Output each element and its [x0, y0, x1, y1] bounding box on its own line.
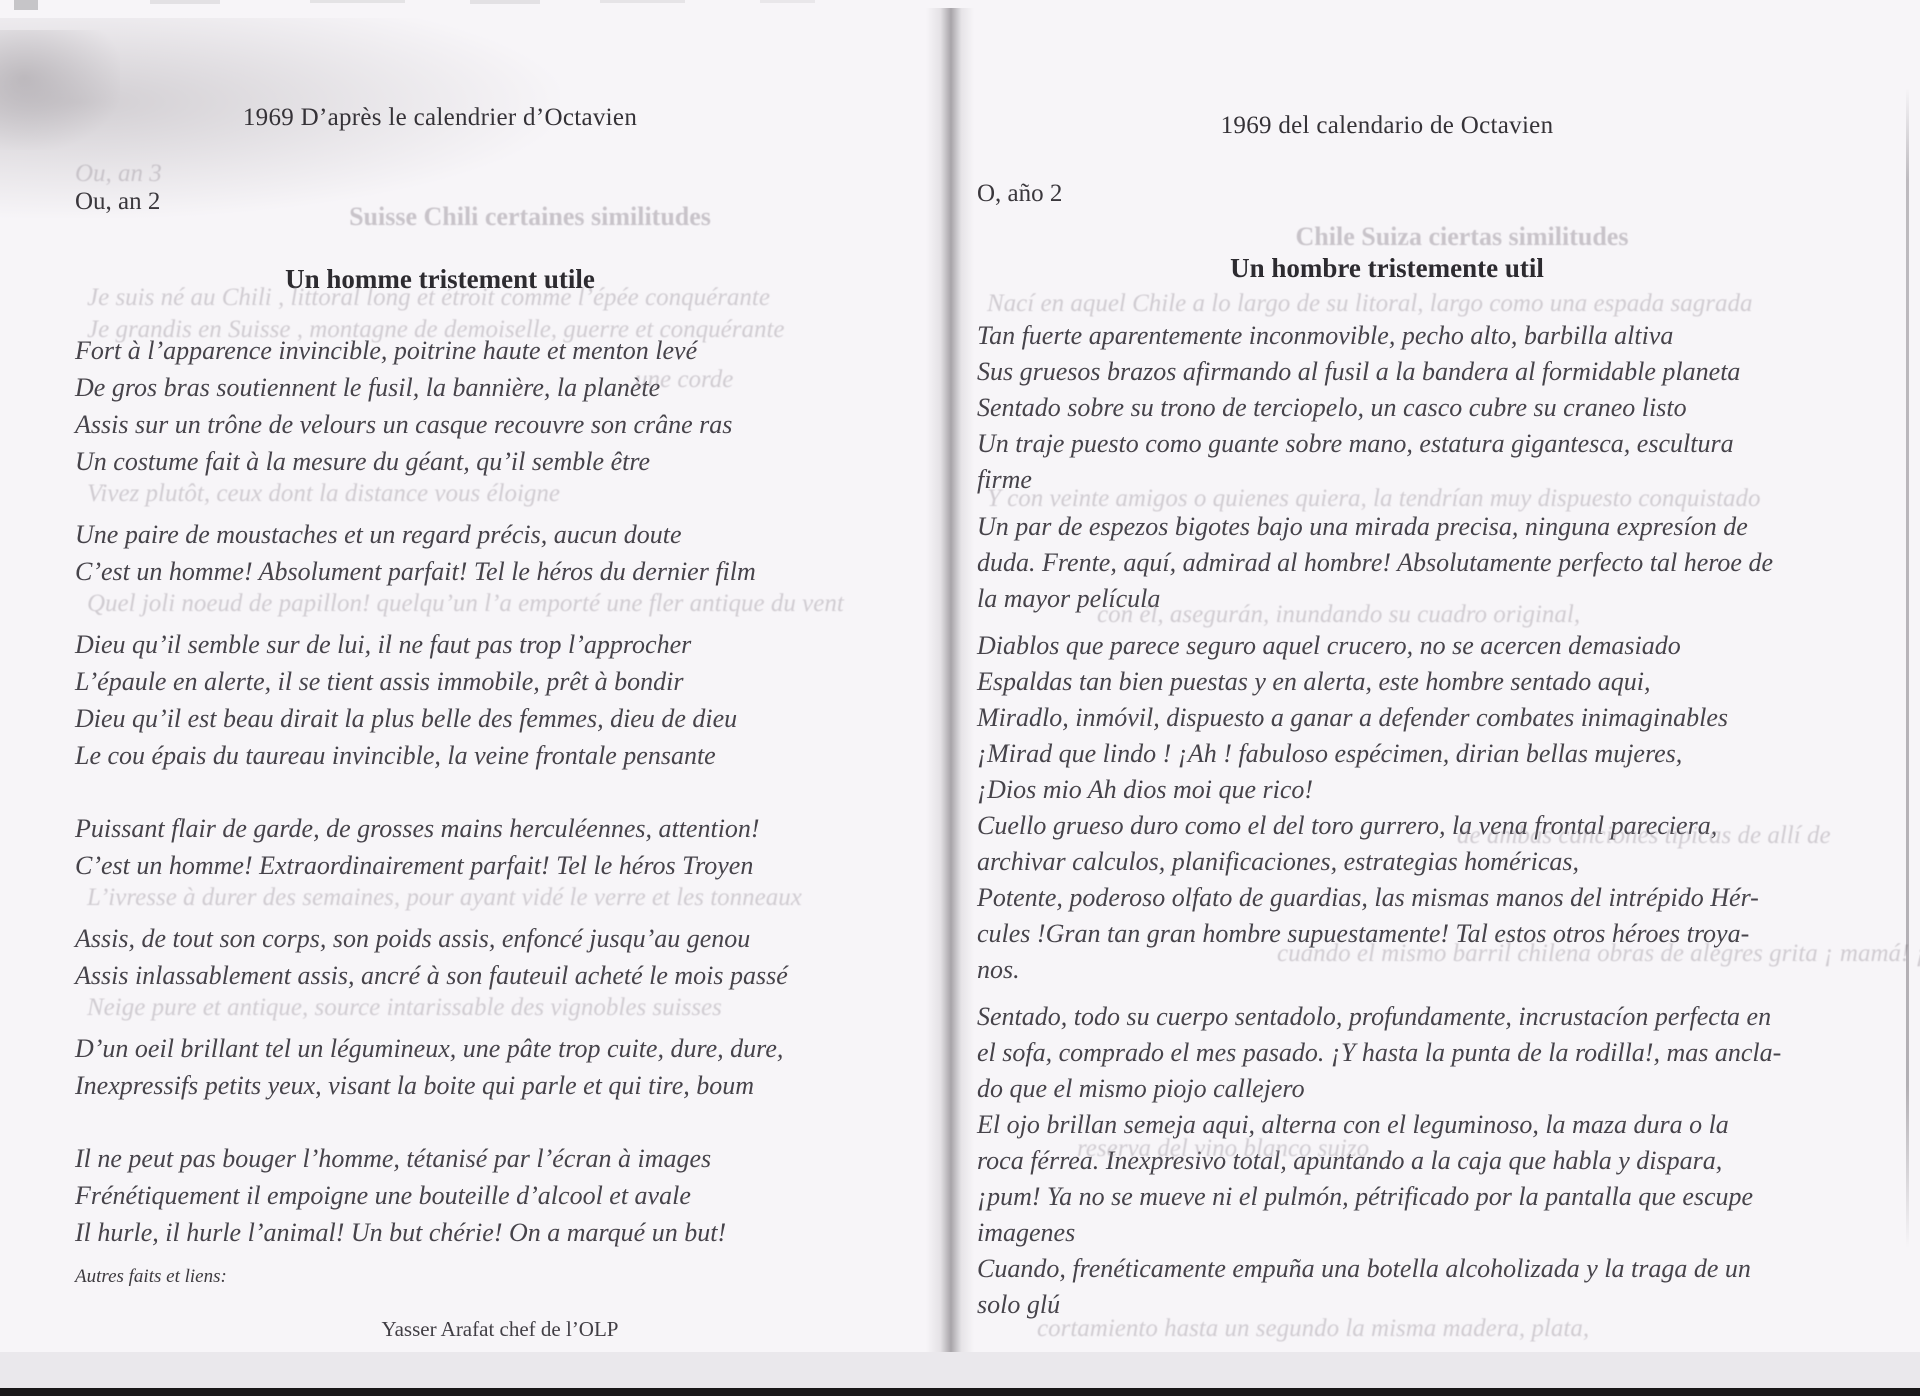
poem-line: Il hurle, il hurle l’animal! Un but chér…: [75, 1214, 895, 1251]
poem-line: Frénétiquement il empoigne une bouteille…: [75, 1177, 895, 1214]
poem-line: ¡pum! Ya no se mueve ni el pulmón, pétri…: [977, 1179, 1877, 1215]
poem-line: Dieu qu’il semble sur de lui, il ne faut…: [75, 626, 895, 663]
ghost-text-line: Ou, an 3: [75, 160, 162, 188]
poem-line: solo glú: [977, 1287, 1877, 1323]
left-attribution: Yasser Arafat chef de l’OLP: [75, 1317, 925, 1341]
poem-line: Espaldas tan bien puestas y en alerta, e…: [977, 664, 1877, 700]
poem-line: C’est un homme! Absolument parfait! Tel …: [75, 553, 895, 590]
poem-line: duda. Frente, aquí, admirad al hombre! A…: [977, 545, 1877, 581]
poem-line: la mayor película: [977, 581, 1877, 617]
scan-top-mark: [760, 0, 815, 3]
ghost-text-line: L’ivresse à durer des semaines, pour aya…: [87, 884, 802, 912]
poem-line: do que el mismo piojo callejero: [977, 1071, 1877, 1107]
poem-stanza: Une paire de moustaches et un regard pré…: [75, 516, 895, 590]
poem-line: firme: [977, 462, 1877, 498]
page-right: Chile Suiza ciertas similitudes Nací en …: [977, 112, 1877, 1323]
ghost-text-line: Neige pure et antique, source intarissab…: [87, 994, 722, 1022]
right-poem-title: Un hombre tristemente util: [977, 252, 1797, 284]
poem-stanza: Il ne peut pas bouger l’homme, tétanisé …: [75, 1140, 895, 1251]
scan-right-edge-line: [1906, 88, 1909, 1248]
poem-line: Diablos que parece seguro aquel crucero,…: [977, 628, 1877, 664]
poem-line: Dieu qu’il est beau dirait la plus belle…: [75, 700, 895, 737]
left-header-title: 1969 D’après le calendrier d’Octavien: [75, 104, 805, 132]
poem-stanza: Fort à l’apparence invincible, poitrine …: [75, 332, 895, 480]
poem-line: Cuando, frenéticamente empuña una botell…: [977, 1251, 1877, 1287]
poem-line: Sentado sobre su trono de terciopelo, un…: [977, 390, 1877, 426]
scan-bottom-bar: [0, 1388, 1920, 1396]
ghost-text-line: Vivez plutôt, ceux dont la distance vous…: [87, 480, 560, 508]
poem-line: El ojo brillan semeja aqui, alterna con …: [977, 1107, 1877, 1143]
poem-line: Le cou épais du taureau invincible, la v…: [75, 737, 895, 774]
poem-line: cules !Gran tan gran hombre supuestament…: [977, 916, 1877, 952]
poem-stanza: Un par de espezos bigotes bajo una mirad…: [977, 509, 1877, 617]
poem-line: roca férrea. Inexpresivo total, apuntand…: [977, 1143, 1877, 1179]
poem-line: Tan fuerte aparentemente inconmovible, p…: [977, 318, 1877, 354]
scan-top-mark: [14, 0, 38, 10]
poem-line: Sentado, todo su cuerpo sentadolo, profu…: [977, 999, 1877, 1035]
poem-line: nos.: [977, 952, 1877, 988]
poem-stanza: Sentado, todo su cuerpo sentadolo, profu…: [977, 999, 1877, 1323]
poem-line: imagenes: [977, 1215, 1877, 1251]
poem-stanza: Assis, de tout son corps, son poids assi…: [75, 920, 895, 994]
scan-top-mark: [600, 0, 685, 3]
poem-line: Potente, poderoso olfato de guardias, la…: [977, 880, 1877, 916]
poem-line: Assis inlassablement assis, ancré à son …: [75, 957, 895, 994]
poem-stanza: Puissant flair de garde, de grosses main…: [75, 810, 895, 884]
page-fold-shadow: [926, 8, 974, 1364]
poem-line: Cuello grueso duro como el del toro gurr…: [977, 808, 1877, 844]
ghost-heading: Chile Suiza ciertas similitudes: [1157, 222, 1767, 252]
left-edition-line: Ou, an 2: [75, 188, 885, 216]
ghost-text-line: Quel joli noeud de papillon! quelqu’un l…: [87, 590, 844, 618]
poem-line: D’un oeil brillant tel un légumineux, un…: [75, 1030, 895, 1067]
poem-line: Assis, de tout son corps, son poids assi…: [75, 920, 895, 957]
poem-line: Une paire de moustaches et un regard pré…: [75, 516, 895, 553]
poem-line: el sofa, comprado el mes pasado. ¡Y hast…: [977, 1035, 1877, 1071]
ghost-text-line: Nací en aquel Chile a lo largo de su lit…: [987, 290, 1752, 318]
scan-bottom-band: [0, 1352, 1920, 1388]
page-left: Ou, an 3 Suisse Chili certaines similitu…: [75, 104, 885, 1341]
scan-top-mark: [470, 0, 540, 4]
scan-top-mark: [310, 0, 405, 3]
poem-stanza: Tan fuerte aparentemente inconmovible, p…: [977, 318, 1877, 498]
poem-line: ¡Mirad que lindo ! ¡Ah ! fabuloso espéci…: [977, 736, 1877, 772]
left-footer-note: Autres faits et liens:: [75, 1265, 885, 1289]
scanned-spread: Ou, an 3 Suisse Chili certaines similitu…: [0, 0, 1920, 1396]
poem-line: Sus gruesos brazos afirmando al fusil a …: [977, 354, 1877, 390]
poem-line: Inexpressifs petits yeux, visant la boit…: [75, 1067, 895, 1104]
poem-line: De gros bras soutiennent le fusil, la ba…: [75, 369, 895, 406]
poem-line: Assis sur un trône de velours un casque …: [75, 406, 895, 443]
left-poem-title: Un homme tristement utile: [75, 262, 805, 296]
poem-stanza: Dieu qu’il semble sur de lui, il ne faut…: [75, 626, 895, 774]
poem-line: Il ne peut pas bouger l’homme, tétanisé …: [75, 1140, 895, 1177]
poem-stanza: Diablos que parece seguro aquel crucero,…: [977, 628, 1877, 988]
poem-line: Miradlo, inmóvil, dispuesto a ganar a de…: [977, 700, 1877, 736]
scan-top-mark: [150, 0, 220, 4]
poem-line: Un par de espezos bigotes bajo una mirad…: [977, 509, 1877, 545]
poem-line: C’est un homme! Extraordinairement parfa…: [75, 847, 895, 884]
poem-stanza: D’un oeil brillant tel un légumineux, un…: [75, 1030, 895, 1104]
poem-line: archivar calculos, planificaciones, estr…: [977, 844, 1877, 880]
poem-line: Puissant flair de garde, de grosses main…: [75, 810, 895, 847]
poem-line: Fort à l’apparence invincible, poitrine …: [75, 332, 895, 369]
poem-line: L’épaule en alerte, il se tient assis im…: [75, 663, 895, 700]
poem-line: Un costume fait à la mesure du géant, qu…: [75, 443, 895, 480]
poem-line: ¡Dios mio Ah dios moi que rico!: [977, 772, 1877, 808]
right-edition-line: O, año 2: [977, 180, 1877, 208]
poem-line: Un traje puesto como guante sobre mano, …: [977, 426, 1877, 462]
right-header-title: 1969 del calendario de Octavien: [977, 112, 1797, 140]
